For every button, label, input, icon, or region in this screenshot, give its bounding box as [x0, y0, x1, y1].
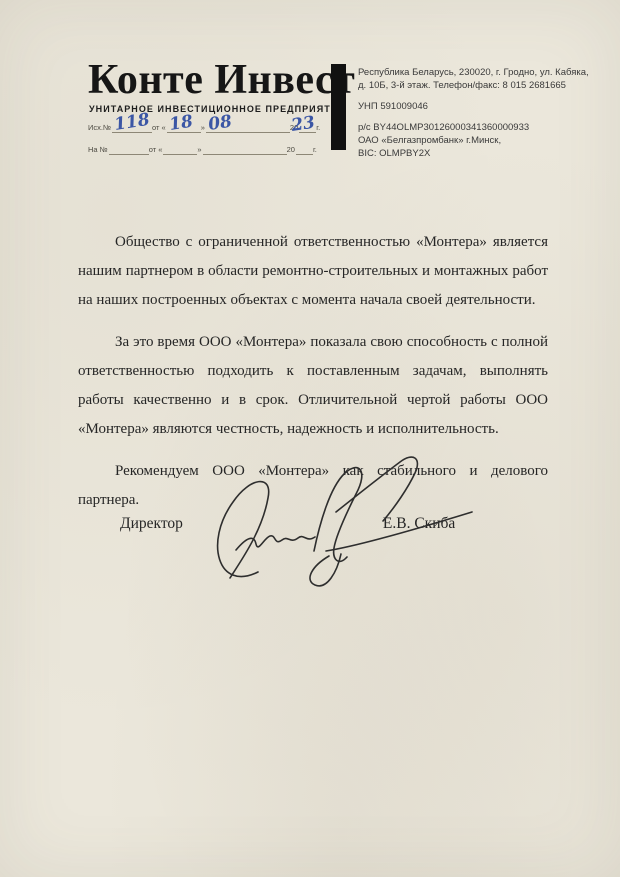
bank-name: ОАО «Белгазпромбанк» г.Минск,: [358, 134, 608, 147]
signer-title: Директор: [120, 515, 183, 533]
incoming-year-blank: [296, 142, 313, 155]
handwritten-day: 18: [168, 112, 195, 135]
handwritten-year: 23: [290, 113, 317, 136]
incoming-year-prefix: 20: [287, 145, 296, 155]
signer-name: Е.В. Скиба: [383, 515, 455, 533]
incoming-year-suffix: г.: [313, 145, 318, 155]
scanned-letter-page: Конте Инвест УНИТАРНОЕ ИНВЕСТИЦИОННОЕ ПР…: [0, 0, 620, 877]
incoming-month-blank: [203, 142, 287, 155]
bank-bic: BIC: OLMPBY2X: [358, 147, 608, 160]
incoming-number-label: На №: [88, 145, 109, 155]
incoming-day-blank: [163, 142, 197, 155]
outgoing-from-label: от «: [152, 123, 167, 133]
incoming-number-blank: [109, 142, 149, 155]
outgoing-year-suffix: г.: [316, 123, 321, 133]
outgoing-ref-line: Исх.№ 118 от « 18 » 08 20 23 г.: [88, 120, 332, 133]
outgoing-number-blank: 118: [112, 120, 152, 133]
paragraph-2: За это время ООО «Монтера» показала свою…: [78, 328, 548, 444]
letter-body: Общество с ограниченной ответственностью…: [78, 228, 548, 528]
outgoing-month-blank: 08: [206, 120, 290, 133]
handwritten-month: 08: [207, 112, 234, 135]
letterhead: Конте Инвест УНИТАРНОЕ ИНВЕСТИЦИОННОЕ ПР…: [0, 0, 620, 170]
unp-number: УНП 591009046: [358, 100, 608, 113]
paragraph-3: Рекомендуем ООО «Монтера» как стабильног…: [78, 457, 548, 515]
address-line-2: д. 10Б, 3-й этаж. Телефон/факс: 8 015 26…: [358, 79, 608, 92]
letterhead-divider-bar: [331, 64, 346, 150]
bank-account: р/с BY44OLMP30126000341360000933: [358, 121, 608, 134]
address-line-1: Республика Беларусь, 230020, г. Гродно, …: [358, 66, 608, 79]
contact-block: Республика Беларусь, 230020, г. Гродно, …: [358, 66, 608, 160]
handwritten-outgoing-number: 118: [113, 110, 151, 135]
outgoing-day-blank: 18: [167, 120, 201, 133]
company-logo: Конте Инвест: [88, 56, 328, 104]
outgoing-number-label: Исх.№: [88, 123, 112, 133]
signature-row: Директор Е.В. Скиба: [78, 515, 548, 533]
outgoing-year-blank: 23: [299, 120, 316, 133]
incoming-ref-line: На № от « » 20 г.: [88, 142, 332, 155]
paragraph-1: Общество с ограниченной ответственностью…: [78, 228, 548, 315]
incoming-from-label: от «: [149, 145, 164, 155]
